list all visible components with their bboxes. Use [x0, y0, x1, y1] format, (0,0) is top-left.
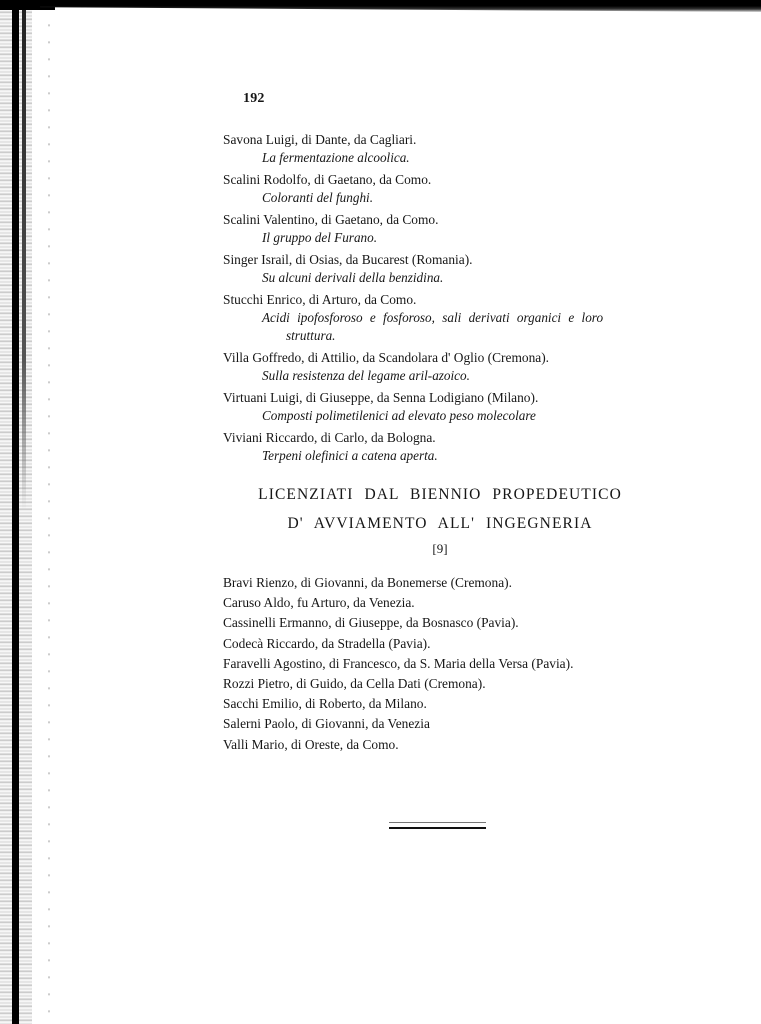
licensee-list: Bravi Rienzo, di Giovanni, da Bonemerse …	[223, 573, 683, 755]
thesis-entry: Scalini Rodolfo, di Gaetano, da Como. Co…	[223, 171, 673, 207]
thesis-title: Su alcuni derivali della benzidina.	[223, 269, 673, 287]
thesis-entry: Singer Israil, di Osias, da Bucarest (Ro…	[223, 251, 673, 287]
thesis-title: Terpeni olefinici a catena aperta.	[223, 447, 673, 465]
section-count: [9]	[225, 541, 655, 557]
section-heading-line1: LICENZIATI DAL BIENNIO PROPEDEUTICO	[225, 485, 655, 505]
licensee-entry: Caruso Aldo, fu Arturo, da Venezia.	[223, 593, 683, 613]
thesis-entry: Scalini Valentino, di Gaetano, da Como. …	[223, 211, 673, 247]
licensee-entry: Salerni Paolo, di Giovanni, da Venezia	[223, 714, 683, 734]
graduate-name: Villa Goffredo, di Attilio, da Scandolar…	[223, 349, 673, 367]
section-end-rule	[389, 822, 486, 829]
thesis-entry: Villa Goffredo, di Attilio, da Scandolar…	[223, 349, 673, 385]
licensee-entry: Valli Mario, di Oreste, da Como.	[223, 735, 683, 755]
thesis-entry: Savona Luigi, di Dante, da Cagliari. La …	[223, 131, 673, 167]
thesis-entry: Stucchi Enrico, di Arturo, da Como. Acid…	[223, 291, 673, 345]
licensee-entry: Cassinelli Ermanno, di Giuseppe, da Bosn…	[223, 613, 683, 633]
licensee-entry: Sacchi Emilio, di Roberto, da Milano.	[223, 694, 683, 714]
thesis-title: Acidi ipofosforoso e fosforoso, sali der…	[223, 309, 673, 345]
thesis-title: Sulla resistenza del legame aril-azoico.	[223, 367, 673, 385]
thesis-title: Il gruppo del Furano.	[223, 229, 673, 247]
graduate-name: Viviani Riccardo, di Carlo, da Bologna.	[223, 429, 673, 447]
graduate-name: Scalini Valentino, di Gaetano, da Como.	[223, 211, 673, 229]
thesis-title-line2: struttura.	[262, 327, 673, 345]
graduate-name: Singer Israil, di Osias, da Bucarest (Ro…	[223, 251, 673, 269]
scan-top-border	[40, 0, 761, 12]
scan-gutter-shadow	[12, 0, 19, 1024]
scan-gutter-shadow-secondary	[22, 10, 26, 510]
thesis-entry: Virtuani Luigi, di Giuseppe, da Senna Lo…	[223, 389, 673, 425]
thesis-list: Savona Luigi, di Dante, da Cagliari. La …	[223, 131, 673, 469]
thesis-title: La fermentazione alcoolica.	[223, 149, 673, 167]
thesis-title: Coloranti del funghi.	[223, 189, 673, 207]
licensee-entry: Faravelli Agostino, di Francesco, da S. …	[223, 654, 683, 674]
graduate-name: Stucchi Enrico, di Arturo, da Como.	[223, 291, 673, 309]
graduate-name: Savona Luigi, di Dante, da Cagliari.	[223, 131, 673, 149]
licensee-entry: Bravi Rienzo, di Giovanni, da Bonemerse …	[223, 573, 683, 593]
graduate-name: Scalini Rodolfo, di Gaetano, da Como.	[223, 171, 673, 189]
thesis-entry: Viviani Riccardo, di Carlo, da Bologna. …	[223, 429, 673, 465]
scan-gutter-noise	[48, 10, 50, 1024]
section-heading-line2: D' AVVIAMENTO ALL' INGEGNERIA	[225, 514, 655, 534]
thesis-title: Composti polimetilenici ad elevato peso …	[223, 407, 673, 425]
page-number: 192	[243, 91, 265, 107]
graduate-name: Virtuani Luigi, di Giuseppe, da Senna Lo…	[223, 389, 673, 407]
thesis-title-line1: Acidi ipofosforoso e fosforoso, sali der…	[262, 310, 603, 325]
licensee-entry: Codecà Riccardo, da Stradella (Pavia).	[223, 634, 683, 654]
licensee-entry: Rozzi Pietro, di Guido, da Cella Dati (C…	[223, 674, 683, 694]
